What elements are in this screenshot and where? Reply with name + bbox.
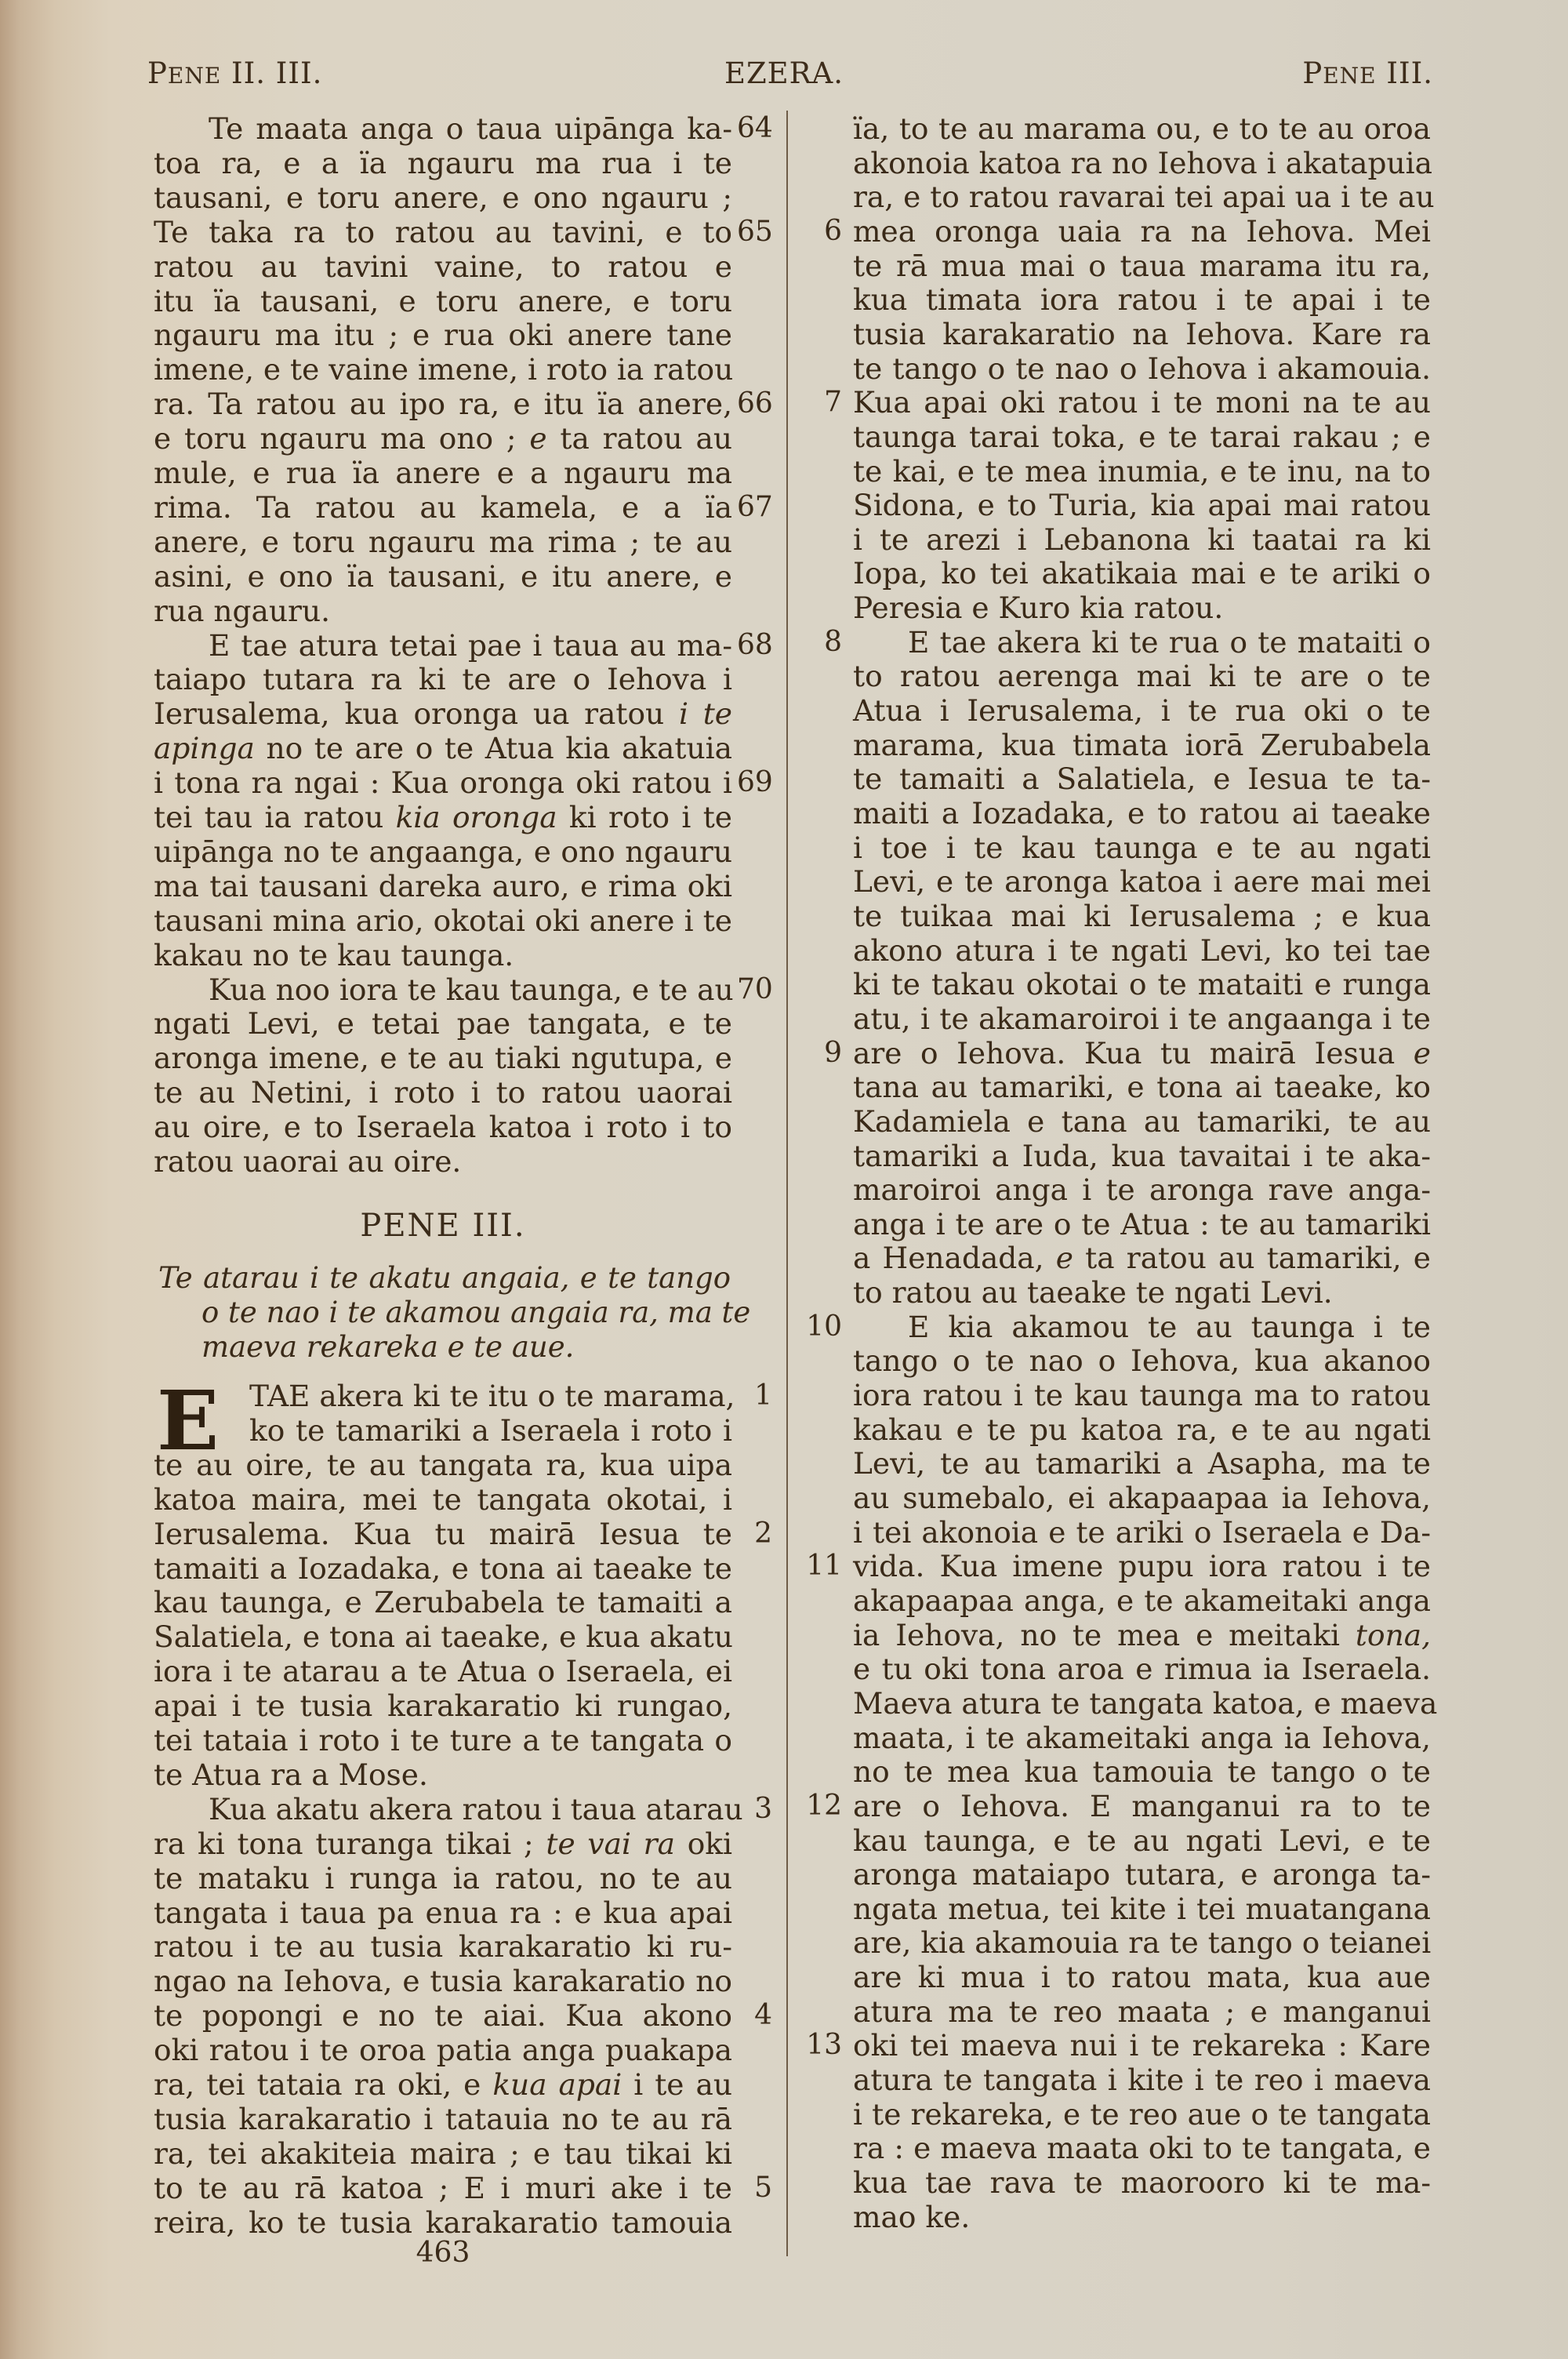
verse-number: 4: [737, 1998, 772, 2033]
text-line: te popongi e no te aiai. Kua akono: [154, 1998, 732, 2033]
text-line: maiti a Iozadaka, e to ratou ai taeake: [853, 796, 1431, 831]
text-line: te tuikaa mai ki Ierusalema ; e kua: [853, 899, 1431, 933]
verse-number: 69: [737, 765, 772, 800]
verse-number: 65: [737, 215, 772, 249]
text-line: te au Netini, i roto i to ratou uaorai: [154, 1075, 732, 1110]
text-line: Atua i Ierusalema, i te rua oki o te: [853, 693, 1431, 728]
text-line: katoa maira, mei te tangata okotai, i: [154, 1482, 732, 1517]
text-line: Salatiela, e tona ai taeake, e kua akatu: [154, 1619, 732, 1654]
verse-number: 13: [798, 2028, 842, 2063]
text-line: Kua noo iora te kau taunga, e te au: [154, 972, 732, 1007]
text-line: ra, tei tataia ra oki, e kua apai i te a…: [154, 2067, 732, 2102]
text-line: taunga tarai toka, e te tarai rakau ; e: [853, 420, 1431, 454]
text-line: oki ratou i te oroa patia anga puakapa: [154, 2033, 732, 2067]
running-head-right-cap: P: [1302, 56, 1323, 90]
text-line: tamariki a Iuda, kua tavaitai i te aka-: [853, 1139, 1431, 1173]
text-line: ra, e to ratou ravarai tei apai ua i te …: [853, 180, 1431, 214]
text-line: mea oronga uaia ra na Iehova. Mei: [853, 214, 1431, 249]
text-line: ngati Levi, e tetai pae tangata, e te: [154, 1006, 732, 1041]
text-line: atura ma te reo maata ; e manganui: [853, 1994, 1431, 2029]
text-line: are o Iehova. E manganui ra to te: [853, 1789, 1431, 1823]
text-line: kua timata iora ratou i te apai i te: [853, 282, 1431, 317]
italic-emphasis: tona,: [1356, 1618, 1431, 1652]
text-line: aronga imene, e te au tiaki ngutupa, e: [154, 1041, 732, 1075]
text-line: tausani, e toru anere, e ono ngauru ;: [154, 180, 732, 215]
text-line: rima. Ta ratou au kamela, e a ïa: [154, 490, 732, 525]
text-line: to te au rā katoa ; E i muri ake i te: [154, 2171, 732, 2205]
text-line: kakau e te pu katoa ra, e te au ngati: [853, 1412, 1431, 1447]
summary-line: o te nao i te akamou angaia ra, ma te: [201, 1296, 731, 1330]
text-line: anere, e toru ngauru ma rima ; te au: [154, 525, 732, 559]
text-line: ia Iehova, no te mea e meitaki tona,: [853, 1618, 1431, 1652]
verse-number: 6: [798, 214, 842, 249]
text-line: apai i te tusia karakaratio ki rungao,: [154, 1688, 732, 1723]
text-line: tusia karakaratio na Iehova. Kare ra: [853, 317, 1431, 351]
text-line: Maeva atura te tangata katoa, e maeva: [853, 1686, 1431, 1721]
text-line: toa ra, e a ïa ngauru ma rua i te: [154, 146, 732, 180]
text-line: atura te tangata i kite i te reo i maeva: [853, 2063, 1431, 2097]
verse-number: 11: [798, 1549, 842, 1583]
text-line: tusia karakaratio i tatauia no te au rā: [154, 2102, 732, 2136]
text-line: ra ki tona turanga tikai ; te vai ra oki: [154, 1826, 732, 1861]
text-line: tei tau ia ratou kia oronga ki roto i te: [154, 800, 732, 834]
text-line: atu, i te akamaroiroi i te angaanga i te: [853, 1001, 1431, 1036]
text-line: imene, e te vaine imene, i roto ia ratou: [154, 352, 732, 387]
text-line: te tango o te nao o Iehova i akamouia.: [853, 351, 1431, 386]
text-line: to ratou aerenga mai ki te are o te: [853, 659, 1431, 693]
text-line: a Henadada, e ta ratou au tamariki, e: [853, 1241, 1431, 1275]
text-line: ngata metua, tei kite i tei muatangana: [853, 1892, 1431, 1926]
text-line: no te mea kua tamouia te tango o te: [853, 1754, 1431, 1789]
text-line: ra : e maeva maata oki to te tangata, e: [853, 2131, 1431, 2165]
text-line: kau taunga, e te au ngati Levi, e te: [853, 1823, 1431, 1858]
text-line: i te rekareka, e te reo aue o te tangata: [853, 2097, 1431, 2132]
text-line: mule, e rua ïa anere e a ngauru ma: [154, 456, 732, 490]
verse-number: 2: [737, 1517, 772, 1551]
text-line: itu ïa tausani, e toru anere, e toru: [154, 284, 732, 318]
summary-line: Te atarau i te akatu angaia, e te tango: [158, 1261, 731, 1296]
running-head-right-smallcaps: ENE: [1323, 63, 1376, 89]
text-line: i toe i te kau taunga e te au ngati: [853, 831, 1431, 865]
italic-emphasis: te vai ra: [546, 1826, 675, 1861]
text-line: Ierusalema. Kua tu mairā Iesua te: [154, 1517, 732, 1551]
text-line: anga i te are o te Atua : te au tamariki: [853, 1207, 1431, 1241]
text-line: ki te takau okotai o te mataiti e runga: [853, 967, 1431, 1001]
text-line: iora i te atarau a te Atua o Iseraela, e…: [154, 1654, 732, 1688]
verse-number: 10: [798, 1310, 842, 1344]
text-line: akonoia katoa ra no Iehova i akatapuia: [853, 146, 1431, 180]
text-line: ko te tamariki a Iseraela i roto i: [249, 1413, 732, 1448]
text-line: tangata i taua pa enua ra : e kua apai: [154, 1896, 732, 1930]
text-line: ïa, to te au marama ou, e to te au oroa: [853, 111, 1431, 146]
text-line: E tae atura tetai pae i taua au ma-: [154, 628, 732, 663]
text-line: akapaapaa anga, e te akameitaki anga: [853, 1583, 1431, 1618]
text-line: oki tei maeva nui i te rekareka : Kare: [853, 2028, 1431, 2063]
text-line: ratou uaorai au oire.: [154, 1144, 732, 1179]
text-line: ra, tei akakiteia maira ; e tau tikai ki: [154, 2136, 732, 2171]
text-line: are ki mua i to ratou mata, kua aue: [853, 1960, 1431, 1994]
text-line: reira, ko te tusia karakaratio tamouia: [154, 2205, 732, 2240]
text-line: aronga mataiapo tutara, e aronga ta-: [853, 1857, 1431, 1892]
verse-number: 67: [737, 490, 772, 525]
text-line: apinga no te are o te Atua kia akatuia: [154, 731, 732, 765]
text-line: Te maata anga o taua uipānga ka-: [154, 111, 732, 146]
verse-number: 9: [798, 1036, 842, 1070]
text-line: kau taunga, e Zerubabela te tamaiti a: [154, 1585, 732, 1619]
text-line: te rā mua mai o taua marama itu ra,: [853, 249, 1431, 283]
text-line: e tu oki tona aroa e rimua ia Iseraela.: [853, 1652, 1431, 1686]
verse-number: 3: [737, 1792, 772, 1826]
text-line: maata, i te akameitaki anga ia Iehova,: [853, 1721, 1431, 1755]
text-line: Ierusalema, kua oronga ua ratou i te: [154, 696, 732, 731]
text-line: asini, e ono ïa tausani, e itu anere, e: [154, 559, 732, 594]
text-line: are o Iehova. Kua tu mairā Iesua e: [853, 1036, 1431, 1070]
text-line: mao ke.: [853, 2200, 1431, 2234]
book-page: PENE II. III. EZERA. PENE III. Te maata …: [0, 0, 1568, 2359]
text-line: ratou i te au tusia karakaratio ki ru-: [154, 1929, 732, 1964]
text-line: taiapo tutara ra ki te are o Iehova i: [154, 662, 732, 696]
text-line: i tei akonoia e te ariki o Iseraela e Da…: [853, 1515, 1431, 1550]
running-head-right: PENE III.: [1302, 56, 1433, 90]
text-line: tamaiti a Iozadaka, e tona ai taeake te: [154, 1551, 732, 1586]
column-divider-rule: [786, 111, 788, 2256]
verse-number: 7: [798, 385, 842, 420]
text-line: kakau no te kau taunga.: [154, 938, 732, 972]
text-line: kua tae rava te maorooro ki te ma-: [853, 2165, 1431, 2200]
italic-emphasis: apinga: [154, 731, 255, 765]
text-line: Kua akatu akera ratou i taua atarau: [154, 1792, 732, 1826]
verse-number: 70: [737, 972, 772, 1007]
text-line: are, kia akamouia ra te tango o teianei: [853, 1925, 1431, 1960]
italic-emphasis: i te: [679, 696, 732, 731]
text-line: E kia akamou te au taunga i te: [853, 1310, 1431, 1344]
text-line: tango o te nao o Iehova, kua akanoo: [853, 1343, 1431, 1378]
text-line: ngao na Iehova, e tusia karakaratio no: [154, 1964, 732, 1998]
text-line: au oire, e to Iseraela katoa i roto i to: [154, 1110, 732, 1144]
text-line: Kua apai oki ratou i te moni na te au: [853, 385, 1431, 420]
verse-number: 1: [737, 1379, 772, 1413]
text-line: ratou au tavini vaine, to ratou e: [154, 249, 732, 284]
text-line: te mataku i runga ia ratou, no te au: [154, 1861, 732, 1896]
text-line: Peresia e Kuro kia ratou.: [853, 591, 1431, 625]
text-line: Kadamiela e tana au tamariki, te au: [853, 1104, 1431, 1139]
text-line: iora ratou i te kau taunga ma to ratou: [853, 1378, 1431, 1412]
text-line: au sumebalo, ei akapaapaa ia Iehova,: [853, 1481, 1431, 1515]
text-line: marama, kua timata iorā Zerubabela: [853, 728, 1431, 762]
text-line: rua ngauru.: [154, 594, 732, 628]
verse-number: 66: [737, 387, 772, 421]
text-line: ngauru ma itu ; e rua oki anere tane: [154, 318, 732, 352]
text-line: ra. Ta ratou au ipo ra, e itu ïa anere,: [154, 387, 732, 421]
text-line: Te taka ra to ratou au tavini, e to: [154, 215, 732, 249]
text-line: Iopa, ko tei akatikaia mai e te ariki o: [853, 556, 1431, 591]
text-line: Sidona, e to Turia, kia apai mai ratou: [853, 488, 1431, 522]
text-line: i te arezi i Lebanona ki taatai ra ki: [853, 522, 1431, 557]
running-head-right-chapters: III.: [1377, 56, 1433, 90]
italic-emphasis: kia oronga: [396, 800, 557, 834]
text-line: vida. Kua imene pupu iora ratou i te: [853, 1549, 1431, 1583]
text-line: E tae akera ki te rua o te mataiti o: [853, 625, 1431, 660]
verse-number: 5: [737, 2171, 772, 2205]
text-line: tausani mina ario, okotai oki anere i te: [154, 903, 732, 938]
text-line: uipānga no te angaanga, e ono ngauru: [154, 834, 732, 869]
text-line: ma tai tausani dareka auro, e rima oki: [154, 869, 732, 903]
italic-emphasis: e: [1056, 1241, 1073, 1275]
verse-number: 8: [798, 625, 842, 660]
text-line: maroiroi anga i te aronga rave anga-: [853, 1172, 1431, 1207]
text-line: TAE akera ki te itu o te marama,: [249, 1379, 732, 1413]
verse-number: 64: [737, 111, 772, 146]
text-line: te Atua ra a Mose.: [154, 1757, 732, 1792]
text-line: te kai, e te mea inumia, e te inu, na to: [853, 454, 1431, 489]
italic-emphasis: kua apai: [492, 2067, 622, 2102]
verse-number: 12: [798, 1789, 842, 1823]
text-line: Levi, te au tamariki a Asapha, ma te: [853, 1446, 1431, 1481]
italic-emphasis: e: [1414, 1036, 1431, 1070]
text-line: te tamaiti a Salatiela, e Iesua te ta-: [853, 761, 1431, 796]
verse-number: 68: [737, 628, 772, 663]
chapter-heading: PENE III.: [154, 1208, 732, 1244]
text-line: tei tataia i roto i te ture a te tangata…: [154, 1723, 732, 1757]
text-line: e toru ngauru ma ono ; e ta ratou au: [154, 421, 732, 456]
text-line: to ratou au taeake te ngati Levi.: [853, 1275, 1431, 1310]
text-line: te au oire, te au tangata ra, kua uipa: [154, 1448, 732, 1482]
text-line: akono atura i te ngati Levi, ko tei tae: [853, 933, 1431, 968]
summary-line: maeva rekareka e te aue.: [201, 1330, 731, 1365]
text-line: Levi, e te aronga katoa i aere mai mei: [853, 864, 1431, 899]
text-line: tana au tamariki, e tona ai taeake, ko: [853, 1070, 1431, 1104]
text-line: i tona ra ngai : Kua oronga oki ratou i: [154, 765, 732, 800]
page-number: 463: [154, 2237, 732, 2269]
italic-emphasis: e: [529, 421, 546, 456]
